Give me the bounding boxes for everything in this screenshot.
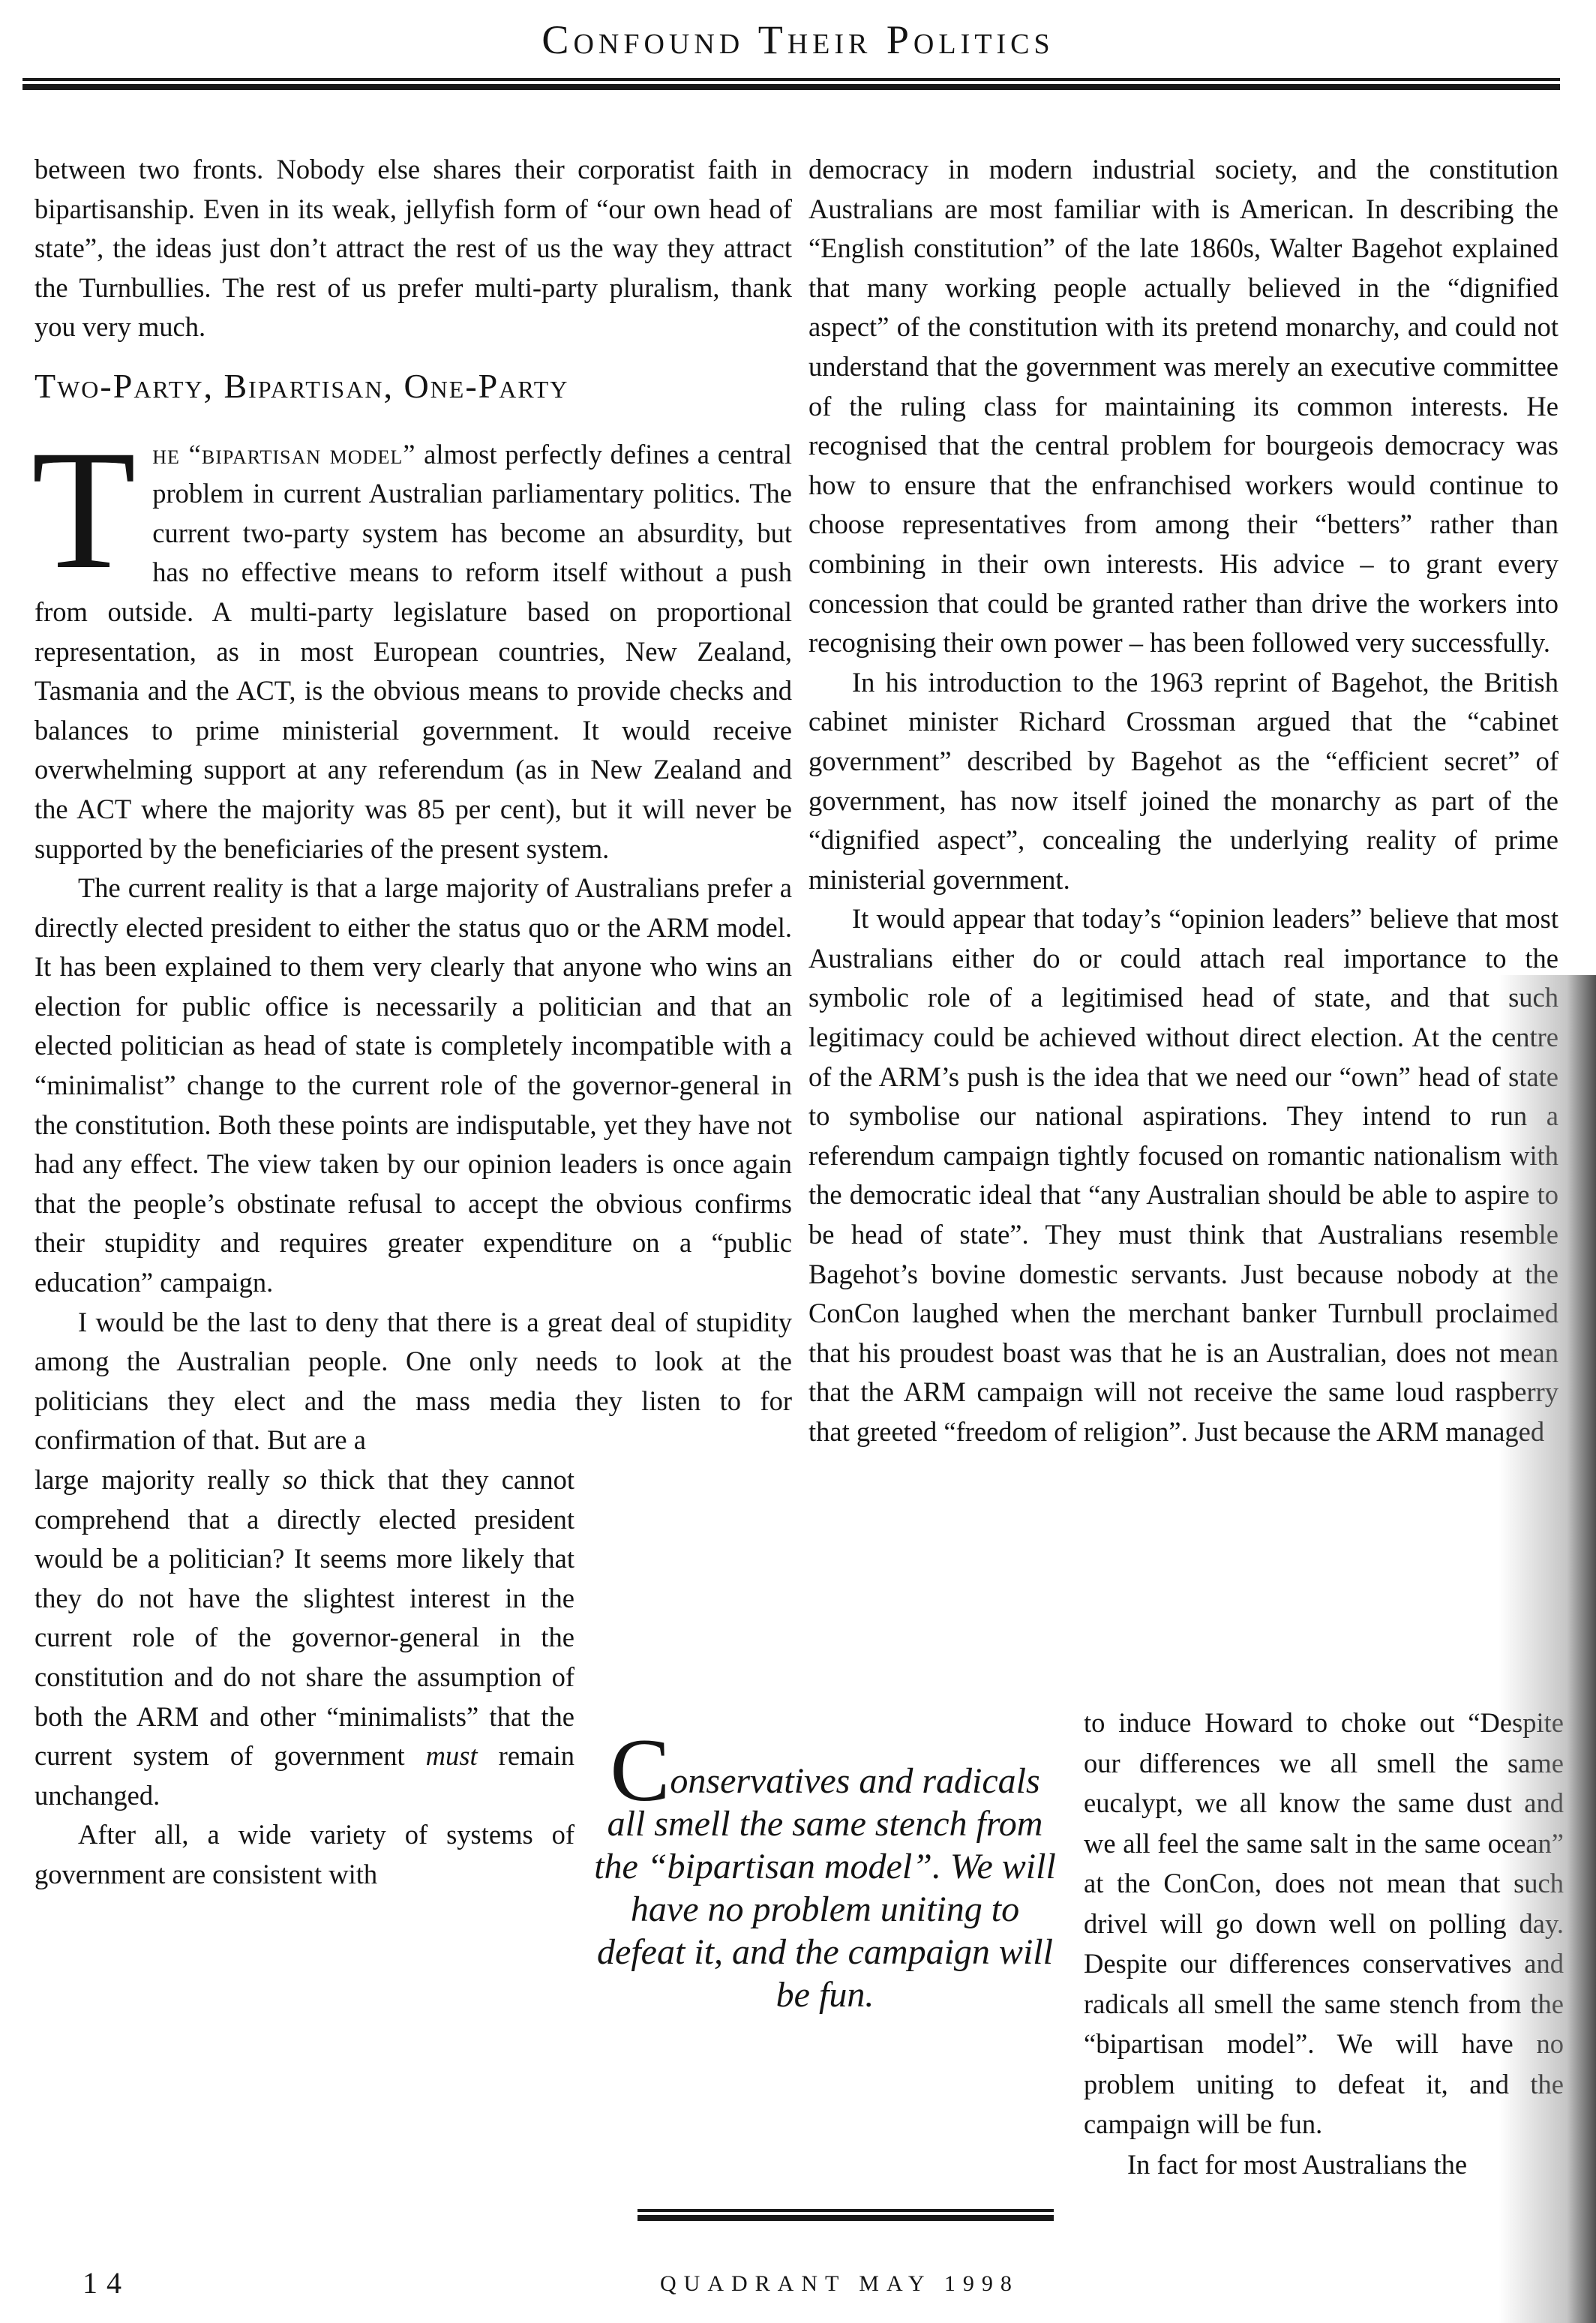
- page-curl-shadow: [1498, 975, 1596, 2323]
- pull-quote-rule: [637, 2209, 1054, 2221]
- lead-paragraph: The “bipartisan model” almost perfectly …: [34, 435, 792, 869]
- wrapped-text-block: large majority really so thick that they…: [34, 1460, 574, 1895]
- right-column: democracy in modern industrial society, …: [808, 150, 1558, 1452]
- italic-text: so: [283, 1464, 307, 1495]
- running-title: Confound Their Politics: [0, 17, 1596, 63]
- body-paragraph: In fact for most Australians the: [1084, 2144, 1564, 2185]
- right-column-wrapped: to induce Howard to choke out “Despite o…: [1084, 1703, 1564, 2184]
- text-run: large majority really: [34, 1464, 283, 1495]
- publication-footer: QUADRANT MAY 1998: [660, 2271, 1019, 2297]
- opening-paragraph: between two fronts. Nobody else shares t…: [34, 150, 792, 347]
- body-paragraph: I would be the last to deny that there i…: [34, 1303, 792, 1460]
- body-paragraph: democracy in modern industrial society, …: [808, 150, 1558, 663]
- left-column: between two fronts. Nobody else shares t…: [34, 150, 792, 1895]
- section-heading: Two-Party, Bipartisan, One-Party: [34, 367, 792, 407]
- body-paragraph: In his introduction to the 1963 reprint …: [808, 663, 1558, 900]
- body-paragraph: to induce Howard to choke out “Despite o…: [1084, 1703, 1564, 2144]
- italic-text: must: [426, 1740, 478, 1771]
- drop-cap: T: [31, 443, 136, 593]
- lead-smallcaps: he “bipartisan model”: [152, 439, 415, 470]
- body-paragraph: After all, a wide variety of systems of …: [34, 1815, 574, 1894]
- pull-quote: Conservatives and radicals all smell the…: [592, 1740, 1057, 2016]
- page-number: 14: [82, 2265, 130, 2300]
- body-paragraph: large majority really so thick that they…: [34, 1460, 574, 1815]
- lead-paragraph-text: almost perfectly defines a central probl…: [34, 439, 792, 864]
- body-paragraph: It would appear that today’s “opinion le…: [808, 899, 1558, 1451]
- body-paragraph: The current reality is that a large majo…: [34, 869, 792, 1303]
- header-double-rule: [22, 78, 1560, 92]
- text-run: thick that they cannot comprehend that a…: [34, 1464, 574, 1771]
